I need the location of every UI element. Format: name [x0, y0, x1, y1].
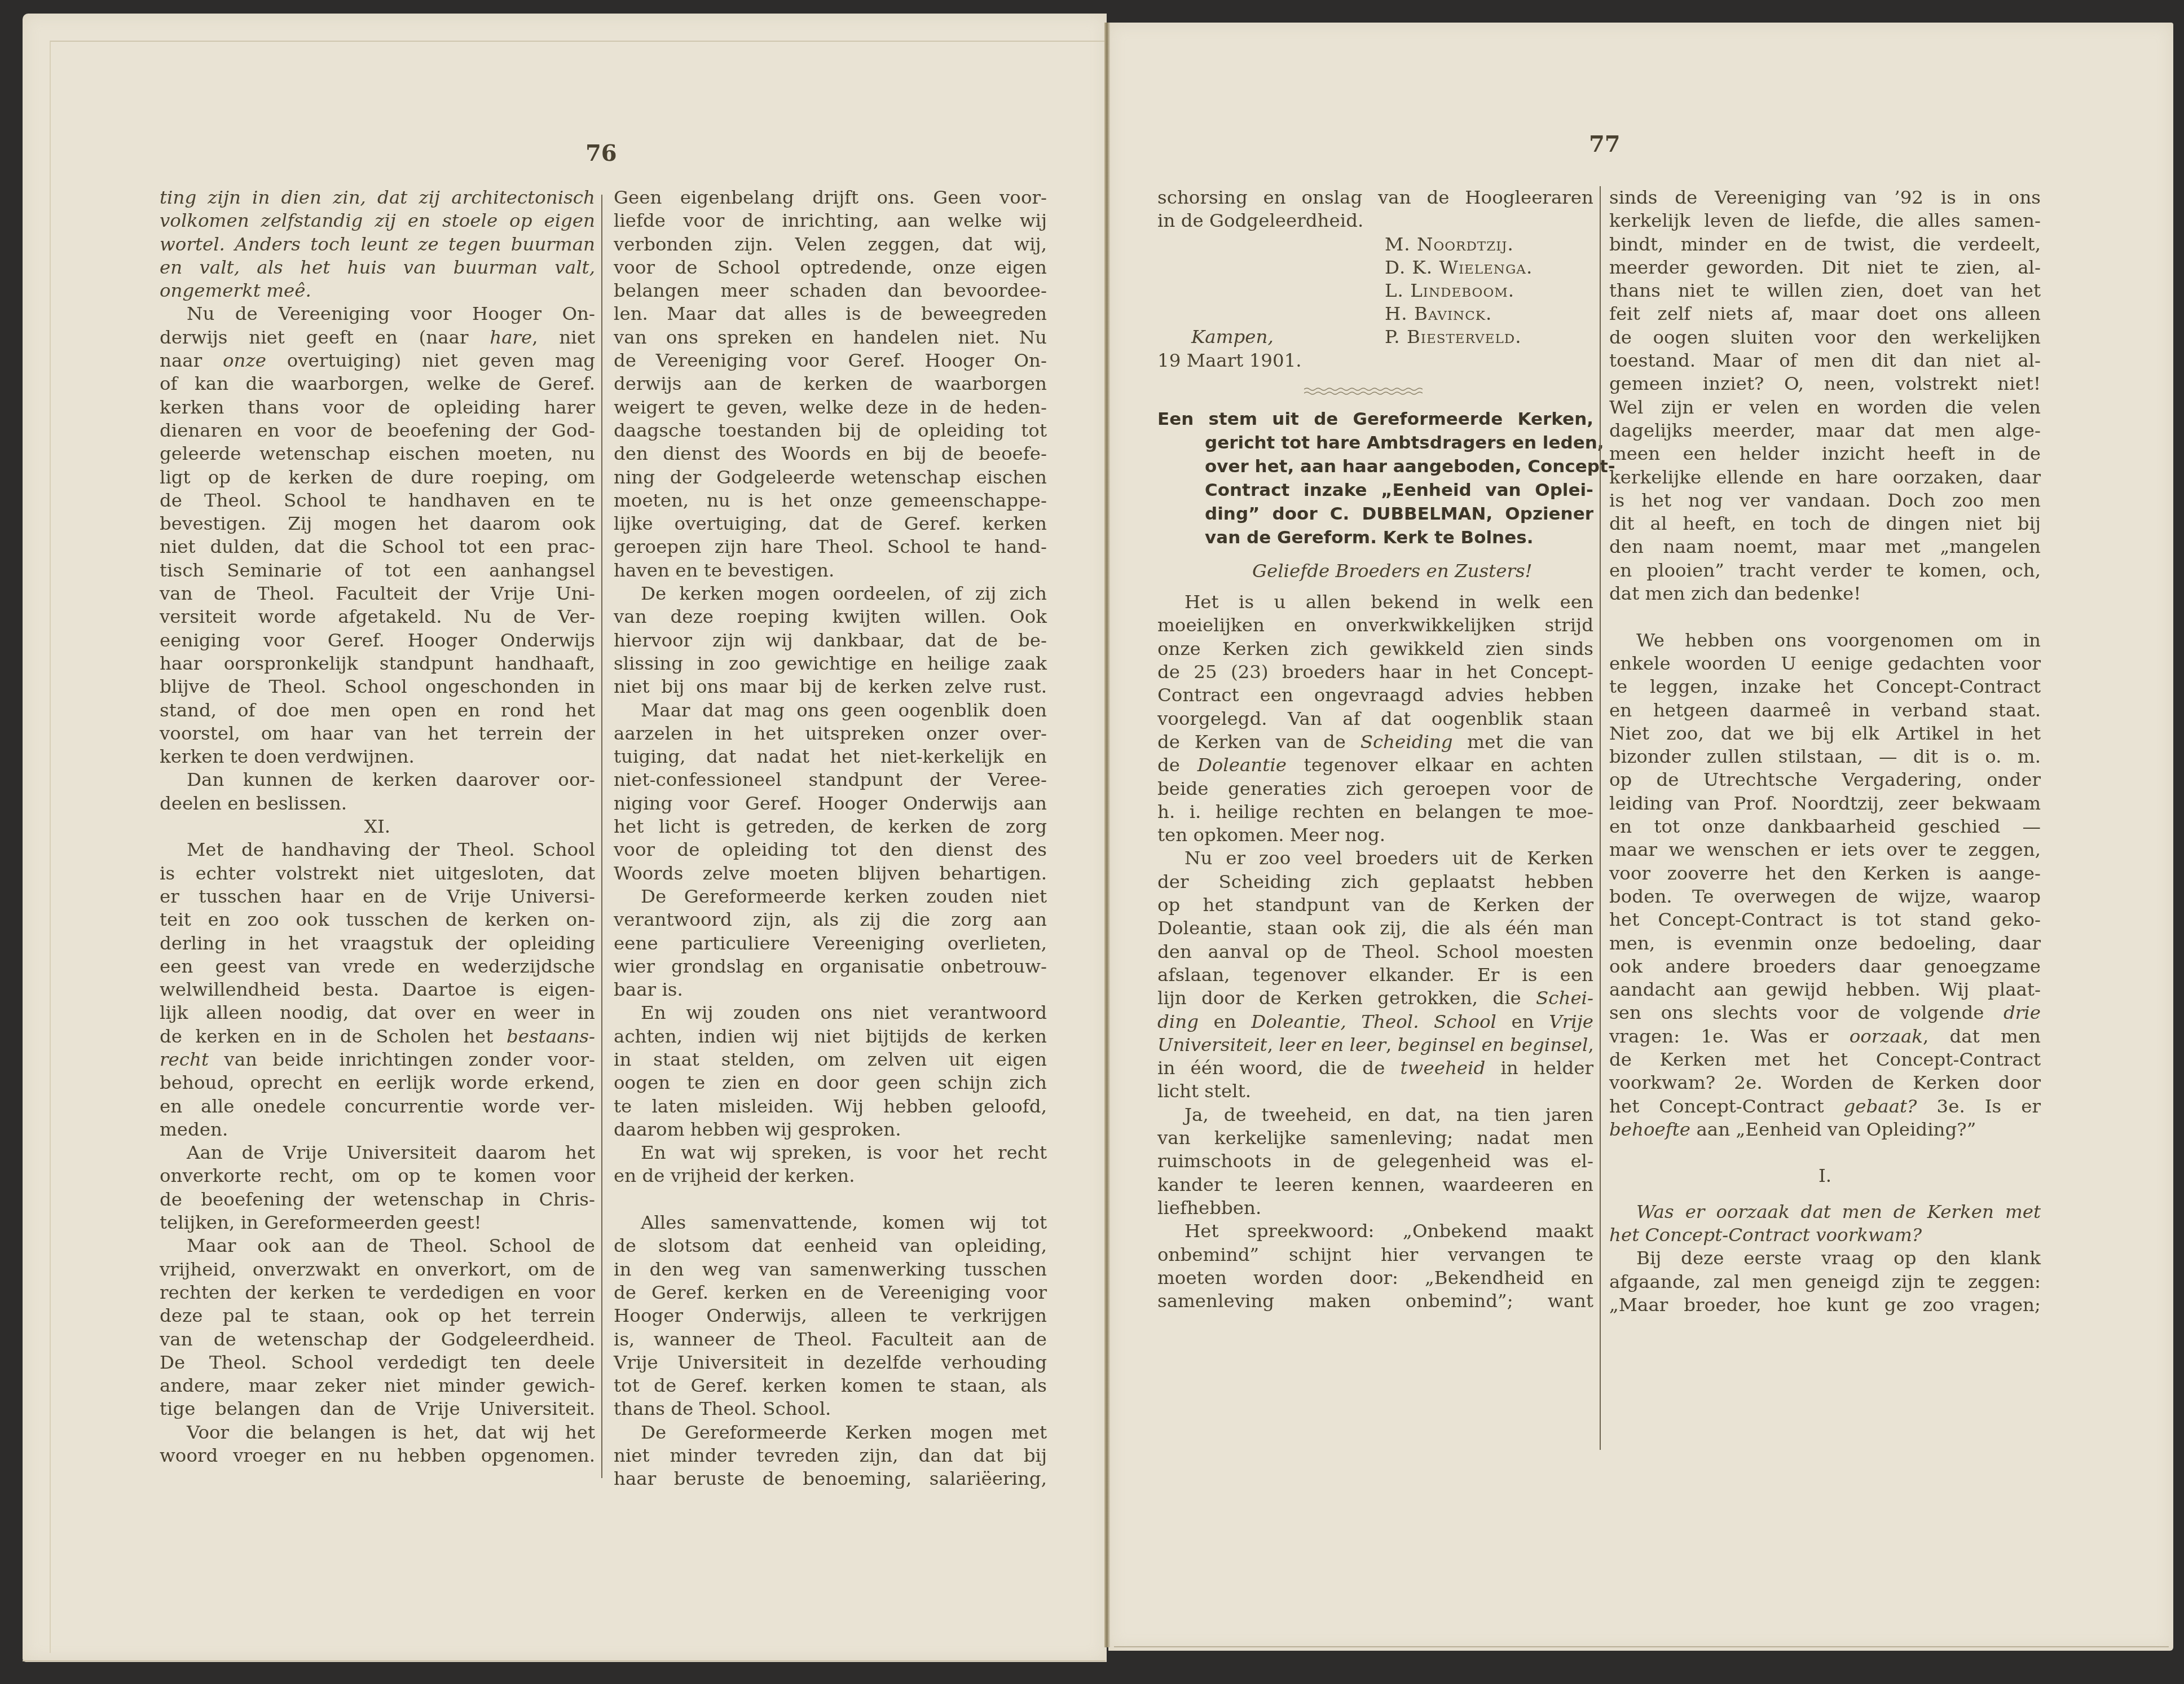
- text-line: Maar ook aan de Theol. School de: [160, 1234, 595, 1257]
- date: 19 Maart 1901.: [1157, 349, 1593, 372]
- text-line: de 25 (23) broeders haar in het Concept-: [1157, 661, 1593, 684]
- text-line: Nu er zoo veel broeders uit de Kerken: [1157, 847, 1593, 870]
- text-line: afgaande, zal men geneigd zijn te zeggen…: [1609, 1270, 2041, 1294]
- text-line: belangen meer schaden dan bevoordee-: [614, 279, 1047, 302]
- text-line: kerkelijke ellende en hare oorzaken, daa…: [1609, 466, 2041, 489]
- right-page-bottom-edge: [1114, 1646, 2169, 1647]
- text-line: Het spreekwoord: „Onbekend maakt: [1157, 1220, 1593, 1243]
- text-line: daagsche toestanden bij de opleiding tot: [614, 419, 1047, 442]
- text-line: En wij zouden ons niet verantwoord: [614, 1001, 1047, 1025]
- text-line: Bij deze eerste vraag op den klank: [1609, 1247, 2041, 1270]
- text-line: h. i. heilige rechten en belangen te moe…: [1157, 801, 1593, 824]
- text-line: van kerkelijke samenleving; nadat men: [1157, 1127, 1593, 1150]
- text-line: de Theol. School te handhaven en te: [160, 489, 595, 512]
- text-line: moeten worden door: „Bekendheid en: [1157, 1267, 1593, 1290]
- text-line: derwijs aan de kerken de waarborgen: [614, 372, 1047, 395]
- text-line: de oogen sluiten voor den werkelijken: [1609, 326, 2041, 349]
- text-line: tot de Geref. kerken komen te staan, als: [614, 1374, 1047, 1397]
- text-line: tisch Seminarie of tot een aanhangsel: [160, 559, 595, 582]
- text-line: boden. Te overwegen de wijze, waarop: [1609, 885, 2041, 908]
- text-line: De Theol. School verdedigt ten deele: [160, 1351, 595, 1374]
- text-line: en alle onedele concurrentie worde ver-: [160, 1095, 595, 1118]
- right-column-1-body: Het is u allen bekend in welk eenmoeieli…: [1157, 591, 1593, 1313]
- text-line: van de Theol. Faculteit der Vrije Uni-: [160, 582, 595, 605]
- text-line: niet dulden, dat die School tot een prac…: [160, 535, 595, 559]
- text-line: haven en te bevestigen.: [614, 559, 1047, 582]
- text-line: Met de handhaving der Theol. School: [160, 838, 595, 861]
- text-line: kander te leeren kennen, waardeeren en: [1157, 1173, 1593, 1197]
- text-line: dit al heeft, en toch de dingen niet bij: [1609, 512, 2041, 535]
- signatory: H. Bavinck.: [1385, 302, 1492, 326]
- text-line: en de vrijheid der kerken.: [614, 1164, 1047, 1188]
- text-line: We hebben ons voorgenomen om in: [1609, 629, 2041, 652]
- text-line: te leggen, inzake het Concept-Contract: [1609, 675, 2041, 698]
- right-page-column-2: sinds de Vereeniging van ’92 is in onske…: [1609, 186, 2041, 1317]
- text-line: is echter volstrekt niet uitgesloten, da…: [160, 862, 595, 885]
- text-line: eene particuliere Vereeniging overlieten…: [614, 932, 1047, 955]
- text-line: vragen: 1e. Was er oorzaak, dat men: [1609, 1025, 2041, 1048]
- text-line: Voor die belangen is het, dat wij het: [160, 1421, 595, 1444]
- text-line: voorstel, om haar van het terrein der: [160, 722, 595, 745]
- heading-line: over het, aan haar aangeboden, Concept-: [1157, 455, 1593, 478]
- text-line: verantwoord zijn, als zij die zorg aan: [614, 908, 1047, 931]
- text-line: welwillendheid besta. Daartoe is eigen-: [160, 978, 595, 1001]
- text-line: kerken thans voor de opleiding harer: [160, 396, 595, 419]
- text-line: er tusschen haar en de Vrije Universi-: [160, 885, 595, 908]
- text-line: ongemerkt meê.: [160, 279, 595, 302]
- text-line: van deze roeping kwijten willen. Ook: [614, 605, 1047, 628]
- text-line: hiervoor zijn wij dankbaar, dat de be-: [614, 629, 1047, 652]
- heading-line: ding” door C. DUBBELMAN, Opziener: [1157, 502, 1593, 526]
- text-line: moeielijken en onverkwikkelijken strijd: [1157, 614, 1593, 637]
- left-page-bottom-edge: [23, 1660, 1106, 1661]
- text-line: in één woord, die de tweeheid in helder: [1157, 1057, 1593, 1080]
- text-line: meden.: [160, 1118, 595, 1141]
- text-line: niet-confessioneel standpunt der Veree-: [614, 768, 1047, 792]
- text-line: dienaren en voor de beoefening der God-: [160, 419, 595, 442]
- text-line: lijk alleen noodig, dat over en weer in: [160, 1001, 595, 1025]
- text-line: toestand. Maar of men dit dan niet al-: [1609, 349, 2041, 372]
- text-line: daarom hebben wij gesproken.: [614, 1118, 1047, 1141]
- text-line: De kerken mogen oordeelen, of zij zich: [614, 582, 1047, 605]
- text-line: en plooien” tracht verder te komen, och,: [1609, 559, 2041, 582]
- text-line: de Kerken van de Scheiding met die van: [1157, 731, 1593, 754]
- text-line: Aan de Vrije Universiteit daarom het: [160, 1141, 595, 1164]
- text-line: derwijs niet geeft en (naar hare, niet: [160, 326, 595, 349]
- text-line: maar we wenschen er iets over te zeggen,: [1609, 838, 2041, 861]
- text-line: telijken, in Gereformeerden geest!: [160, 1211, 595, 1234]
- text-line: ting zijn in dien zin, dat zij architect…: [160, 186, 595, 209]
- text-line: deze pal te staan, ook op het terrein: [160, 1304, 595, 1327]
- heading-line: gericht tot hare Ambtsdragers en leden,: [1157, 431, 1593, 455]
- text-line: ten opkomen. Meer nog.: [1157, 824, 1593, 847]
- place: Kampen,: [1191, 326, 1274, 349]
- text-line: onze Kerken zich gewikkeld zien sinds: [1157, 637, 1593, 661]
- text-line: len. Maar dat alles is de beweegreden: [614, 302, 1047, 326]
- text-line: deelen en beslissen.: [160, 792, 595, 815]
- text-line: tuiging, dat nadat het niet-kerkelijk en: [614, 745, 1047, 768]
- section-numeral: I.: [1609, 1164, 2041, 1188]
- text-line: en valt, als het huis van buurman valt,: [160, 256, 595, 279]
- page-number-left: 76: [585, 140, 617, 166]
- text-line: enkele woorden U eenige gedachten voor: [1609, 652, 2041, 675]
- signatory: L. Lindeboom.: [1385, 279, 1514, 302]
- intro-line: schorsing en onslag van de Hoogleeraren: [1157, 186, 1593, 209]
- text-line: voor zooverre het den Kerken is aange-: [1609, 862, 2041, 885]
- text-line: den dienst des Woords en bij de beoefe-: [614, 442, 1047, 465]
- text-line: moeten, nu is het onze gemeenschappe-: [614, 489, 1047, 512]
- text-line: behoefte aan „Eenheid van Opleiding?”: [1609, 1118, 2041, 1141]
- text-line: Was er oorzaak dat men de Kerken met: [1609, 1201, 2041, 1224]
- right-page-column-1: schorsing en onslag van de Hoogleeraren …: [1157, 186, 1593, 1313]
- text-line: oogen te zien en door geen schijn zich: [614, 1071, 1047, 1094]
- text-line: in den weg van samenwerking tusschen: [614, 1258, 1047, 1281]
- text-line: wier grondslag en organisatie onbetrouw-: [614, 955, 1047, 978]
- left-page-column-1: ting zijn in dien zin, dat zij architect…: [160, 186, 595, 1467]
- text-line: Dan kunnen de kerken daarover oor-: [160, 768, 595, 792]
- text-line: het Concept-Contract voorkwam?: [1609, 1224, 2041, 1247]
- text-line: ding en Doleantie, Theol. School en Vrij…: [1157, 1010, 1593, 1034]
- text-line: licht stelt.: [1157, 1080, 1593, 1103]
- signatory: M. Noordtzij.: [1385, 233, 1514, 256]
- text-line: lijn door de Kerken getrokken, die Schei…: [1157, 987, 1593, 1010]
- heading-line: Contract inzake „Eenheid van Oplei-: [1157, 478, 1593, 502]
- text-line: gemeen inziet? O, neen, volstrekt niet!: [1609, 372, 2041, 395]
- text-line: den aanval op de Theol. School moesten: [1157, 940, 1593, 964]
- text-line: rechten der kerken te verdedigen en voor: [160, 1281, 595, 1304]
- text-line: haar oorspronkelijk standpunt handhaaft,: [160, 652, 595, 675]
- text-line: aarzelen in het uitspreken onzer over-: [614, 722, 1047, 745]
- text-line: van de wetenschap der Godgeleerdheid.: [160, 1328, 595, 1351]
- text-line: thans de Theol. School.: [614, 1397, 1047, 1421]
- text-line: leiding van Prof. Noordtzij, zeer bekwaa…: [1609, 792, 2041, 815]
- text-line: sen ons slechts voor de volgende drie: [1609, 1001, 2041, 1025]
- text-line: en hetgeen daarmeê in verband staat.: [1609, 699, 2041, 722]
- text-line: het Concept-Contract gebaat? 3e. Is er: [1609, 1095, 2041, 1118]
- signature-block: M. Noordtzij. D. K. Wielenga. L. Lindebo…: [1157, 233, 1593, 349]
- text-line: recht van beide inrichtingen zonder voor…: [160, 1048, 595, 1071]
- text-line: eeniging voor Geref. Hooger Onderwijs: [160, 629, 595, 652]
- text-line: slissing in zoo gewichtige en heilige za…: [614, 652, 1047, 675]
- text-line: Alles samenvattende, komen wij tot: [614, 1211, 1047, 1234]
- text-line: meen een helder inzicht heeft in de: [1609, 442, 2041, 465]
- text-line: lijke overtuiging, dat de Geref. kerken: [614, 512, 1047, 535]
- text-line: verbonden zijn. Velen zeggen, dat wij,: [614, 233, 1047, 256]
- text-line: wortel. Anders toch leunt ze tegen buurm…: [160, 233, 595, 256]
- text-line: weigert te geven, welke deze in de heden…: [614, 396, 1047, 419]
- text-line: samenleving maken onbemind”; want: [1157, 1290, 1593, 1313]
- heading-line: Een stem uit de Gereformeerde Kerken,: [1157, 407, 1593, 431]
- text-line: dagelijks meerder, maar dat men alge-: [1609, 419, 2041, 442]
- text-line: Woords zelve moeten blijven behartigen.: [614, 862, 1047, 885]
- text-line: woord vroeger en nu hebben opgenomen.: [160, 1444, 595, 1467]
- text-line: bindt, minder en de twist, die verdeelt,: [1609, 233, 2041, 256]
- text-line: ook andere broeders daar genoegzame: [1609, 955, 2041, 978]
- text-line: en tot onze dankbaarheid geschied —: [1609, 815, 2041, 838]
- text-line: baar is.: [614, 978, 1047, 1001]
- left-page-column-rule: [601, 195, 602, 1478]
- text-line: „Maar broeder, hoe kunt ge zoo vragen;: [1609, 1294, 2041, 1317]
- text-line: der Scheiding zich geplaatst hebben: [1157, 870, 1593, 894]
- wavy-rule-icon: [1304, 386, 1423, 397]
- text-line: afslaan, tegenover elkander. Er is een: [1157, 964, 1593, 987]
- text-line: dat men zich dan bedenke!: [1609, 582, 2041, 605]
- text-line: feit zelf niets af, maar doet ons alleen: [1609, 302, 2041, 326]
- text-line: achten, indien wij niet bijtijds de kerk…: [614, 1025, 1047, 1048]
- text-line: Het is u allen bekend in welk een: [1157, 591, 1593, 614]
- text-line: kerken te doen verdwijnen.: [160, 745, 595, 768]
- text-line: voorkwam? 2e. Worden de Kerken door: [1609, 1071, 2041, 1094]
- text-line: ligt op de kerken de dure roeping, om: [160, 466, 595, 489]
- article-heading: Een stem uit de Gereformeerde Kerken, ge…: [1157, 407, 1593, 549]
- text-line: niet bij ons maar bij de kerken zelve ru…: [614, 675, 1047, 698]
- text-line: Doleantie, staan ook zij, die als één ma…: [1157, 917, 1593, 940]
- text-line: sinds de Vereeniging van ’92 is in ons: [1609, 186, 2041, 209]
- text-line: liefhebben.: [1157, 1197, 1593, 1220]
- text-line: van ons spreken en handelen niet. Nu: [614, 326, 1047, 349]
- text-line: de kerken en in de Scholen het bestaans-: [160, 1025, 595, 1048]
- text-line: thans niet te willen zien, doet van het: [1609, 279, 2041, 302]
- signatory: P. Biesterveld.: [1385, 326, 1522, 349]
- text-line: Niet zoo, dat we bij elk Artikel in het: [1609, 722, 2041, 745]
- text-line: Maar dat mag ons geen oogenblik doen: [614, 699, 1047, 722]
- text-line: het licht is getreden, de kerken de zorg: [614, 815, 1047, 838]
- text-line: is, wanneer de Theol. Faculteit aan de: [614, 1328, 1047, 1351]
- text-line: teit en zoo ook tusschen de kerken on-: [160, 908, 595, 931]
- text-line: volkomen zelfstandig zij en stoele op ei…: [160, 209, 595, 232]
- text-line: voor de School optredende, onze eigen: [614, 256, 1047, 279]
- text-line: niet minder tevreden zijn, dan dat bij: [614, 1444, 1047, 1467]
- text-line: Universiteit, leer en leer, beginsel en …: [1157, 1034, 1593, 1057]
- text-line: haar beruste de benoeming, salariëering,: [614, 1467, 1047, 1490]
- text-line: andere, maar zeker niet minder gewich-: [160, 1374, 595, 1397]
- text-line: aandacht aan gewijd hebben. Wij plaat-: [1609, 978, 2041, 1001]
- text-line: den naam noemt, maar met „mangelen: [1609, 535, 2041, 559]
- text-line: niging voor Geref. Hooger Onderwijs aan: [614, 792, 1047, 815]
- text-line: vrijheid, onverzwakt en onverkort, om de: [160, 1258, 595, 1281]
- text-line: de Vereeniging voor Geref. Hooger On-: [614, 349, 1047, 372]
- text-line: is het nog ver vandaan. Doch zoo men: [1609, 489, 2041, 512]
- text-line: tige belangen dan de Vrije Universiteit.: [160, 1397, 595, 1421]
- text-line: derling in het vraagstuk der opleiding: [160, 932, 595, 955]
- text-line: voor de opleiding tot den dienst des: [614, 838, 1047, 861]
- ornamental-divider: [1157, 372, 1593, 407]
- text-line: de slotsom dat eenheid van opleiding,: [614, 1234, 1047, 1257]
- text-line: een geest van vrede en wederzijdsche: [160, 955, 595, 978]
- text-line: bevestigen. Zij mogen het daarom ook: [160, 512, 595, 535]
- text-line: geroepen zijn hare Theol. School te hand…: [614, 535, 1047, 559]
- left-page-column-2: Geen eigenbelang drijft ons. Geen voor-l…: [614, 186, 1047, 1491]
- text-line: kerkelijk leven de liefde, die alles sam…: [1609, 209, 2041, 232]
- text-line: De Gereformeerde Kerken mogen met: [614, 1421, 1047, 1444]
- text-line: Contract een ongevraagd advies hebben: [1157, 684, 1593, 707]
- text-line: naar onze overtuiging) niet geven mag: [160, 349, 595, 372]
- book-gutter: [1104, 23, 1110, 1647]
- text-line: de Geref. kerken en de Vereeniging voor: [614, 1281, 1047, 1304]
- text-line: De Gereformeerde kerken zouden niet: [614, 885, 1047, 908]
- text-line: stand, of doe men open en rond het: [160, 699, 595, 722]
- text-line: ruimschoots in de gelegenheid was el-: [1157, 1150, 1593, 1173]
- text-line: blijve de Theol. School ongeschonden in: [160, 675, 595, 698]
- salutation: Geliefde Broeders en Zusters!: [1157, 560, 1593, 583]
- section-numeral: XI.: [160, 815, 595, 838]
- text-line: de Doleantie tegenover elkaar en achten: [1157, 754, 1593, 777]
- text-line: meerder geworden. Dit niet te zien, al-: [1609, 256, 2041, 279]
- text-line: in staat stelden, om zelven uit eigen: [614, 1048, 1047, 1071]
- text-line: beide generaties zich geroepen voor de: [1157, 777, 1593, 801]
- right-page-column-rule: [1600, 186, 1601, 1450]
- text-line: Vrije Universiteit in dezelfde verhoudin…: [614, 1351, 1047, 1374]
- text-line: op het standpunt van de Kerken der: [1157, 894, 1593, 917]
- signatory: D. K. Wielenga.: [1385, 256, 1533, 279]
- text-line: het Concept-Contract is tot stand geko-: [1609, 908, 2041, 931]
- text-line: Wel zijn er velen en worden die velen: [1609, 396, 2041, 419]
- intro-line: in de Godgeleerdheid.: [1157, 209, 1593, 232]
- text-line: behoud, oprecht en eerlijk worde erkend,: [160, 1071, 595, 1094]
- heading-line: van de Gereform. Kerk te Bolnes.: [1157, 526, 1593, 549]
- text-line: onverkorte recht, om op te komen voor: [160, 1164, 595, 1188]
- page-number-right: 77: [1589, 131, 1621, 157]
- text-line: voorgelegd. Van af dat oogenblik staan: [1157, 707, 1593, 731]
- text-line: op de Utrechtsche Vergadering, onder: [1609, 768, 2041, 792]
- text-line: Geen eigenbelang drijft ons. Geen voor-: [614, 186, 1047, 209]
- text-line: En wat wij spreken, is voor het recht: [614, 1141, 1047, 1164]
- text-line: bizonder zullen stilstaan, — dit is o. m…: [1609, 745, 2041, 768]
- text-line: versiteit worde afgetakeld. Nu de Ver-: [160, 605, 595, 628]
- text-line: of kan die waarborgen, welke de Geref.: [160, 372, 595, 395]
- text-line: liefde voor de inrichting, aan welke wij: [614, 209, 1047, 232]
- text-line: ning der Godgeleerde wetenschap eischen: [614, 466, 1047, 489]
- text-line: onbemind” schijnt hier vervangen te: [1157, 1243, 1593, 1267]
- text-line: Nu de Vereeniging voor Hooger On-: [160, 302, 595, 326]
- text-line: de Kerken met het Concept-Contract: [1609, 1048, 2041, 1071]
- text-line: de beoefening der wetenschap in Chris-: [160, 1188, 595, 1211]
- text-line: Hooger Onderwijs, alleen te verkrijgen: [614, 1304, 1047, 1327]
- text-line: Ja, de tweeheid, en dat, na tien jaren: [1157, 1103, 1593, 1127]
- text-line: men, is evenmin onze bedoeling, daar: [1609, 932, 2041, 955]
- text-line: geleerde wetenschap eischen moeten, nu: [160, 442, 595, 465]
- text-line: te laten misleiden. Wij hebben geloofd,: [614, 1095, 1047, 1118]
